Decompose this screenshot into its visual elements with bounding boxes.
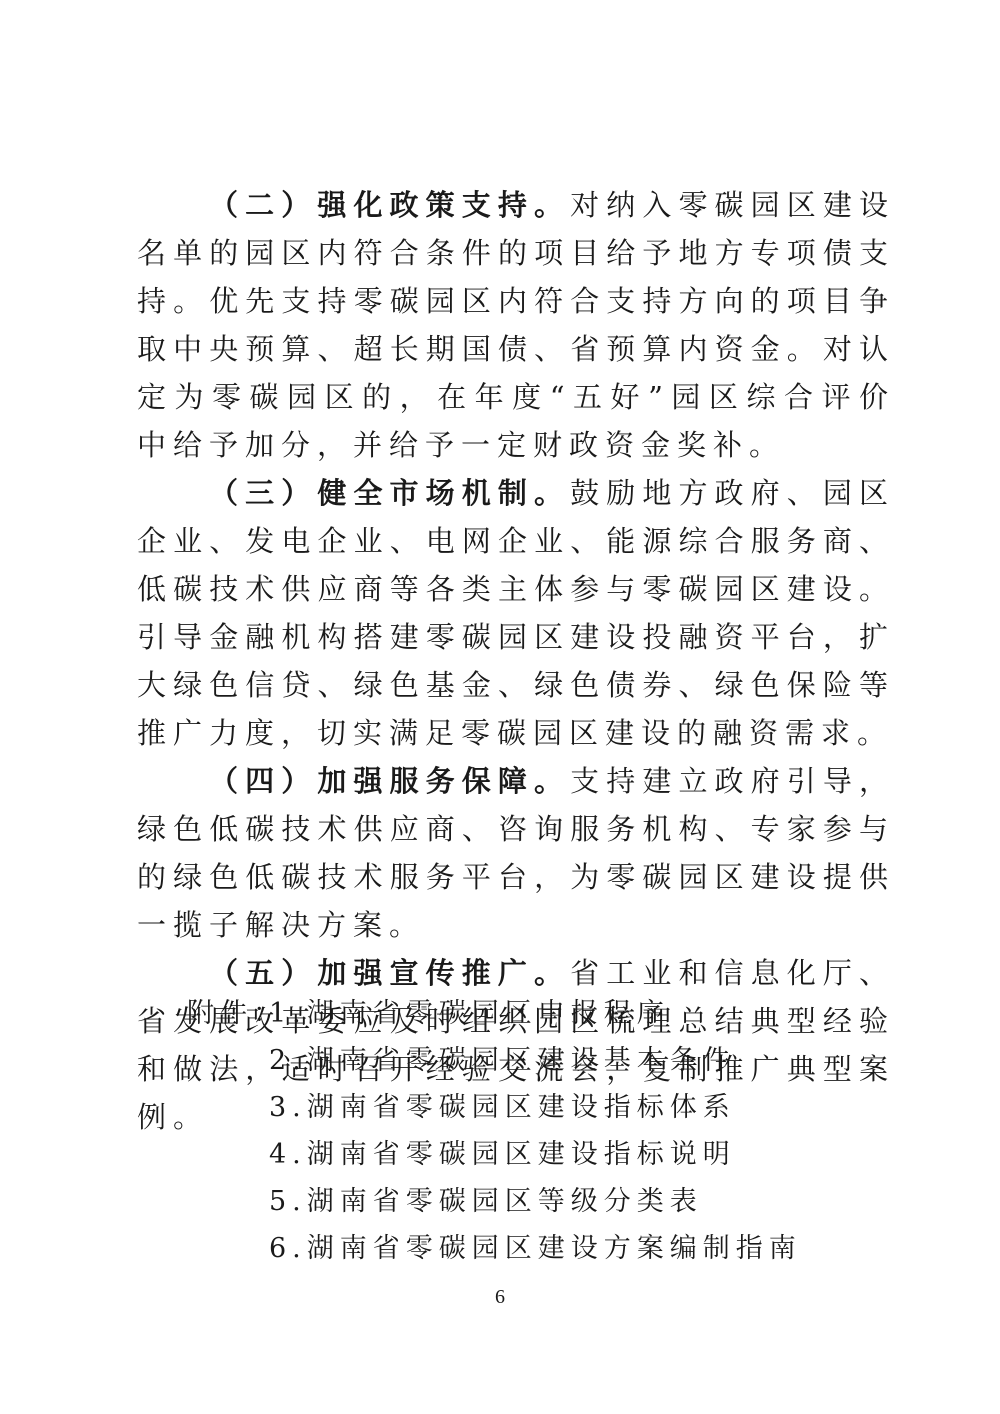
page-number: 6	[0, 1286, 1000, 1309]
document-page: （二）强化政策支持。对纳入零碳园区建设名单的园区内符合条件的项目给予地方专项债支…	[0, 0, 1000, 1414]
paragraph-heading: （四）加强服务保障。	[209, 764, 570, 798]
attachment-item: 6.湖南省零碳园区建设方案编制指南	[269, 1225, 802, 1272]
paragraph-service-guarantee: （四）加强服务保障。支持建立政府引导，绿色低碳技术供应商、咨询服务机构、专家参与…	[137, 757, 895, 949]
attachment-item: 2.湖南省零碳园区建设基本条件	[269, 1037, 736, 1084]
attachment-item: 5.湖南省零碳园区等级分类表	[269, 1178, 703, 1225]
paragraph-heading: （五）加强宣传推广。	[209, 956, 570, 990]
attachment-row: 5.湖南省零碳园区等级分类表	[187, 1178, 802, 1225]
attachment-row: 6.湖南省零碳园区建设方案编制指南	[187, 1225, 802, 1272]
paragraph-heading: （三）健全市场机制。	[209, 476, 570, 510]
paragraph-text: 对纳入零碳园区建设名单的园区内符合条件的项目给予地方专项债支持。优先支持零碳园区…	[137, 188, 895, 462]
paragraph-policy-support: （二）强化政策支持。对纳入零碳园区建设名单的园区内符合条件的项目给予地方专项债支…	[137, 181, 895, 469]
attachment-item: 4.湖南省零碳园区建设指标说明	[269, 1131, 736, 1178]
attachment-row: 2.湖南省零碳园区建设基本条件	[187, 1037, 802, 1084]
attachment-row: 4.湖南省零碳园区建设指标说明	[187, 1131, 802, 1178]
attachment-row: 3.湖南省零碳园区建设指标体系	[187, 1084, 802, 1131]
attachment-item: 1.湖南省零碳园区申报程序	[269, 990, 670, 1037]
paragraph-heading: （二）强化政策支持。	[209, 188, 570, 222]
attachments-label: 附件：	[187, 990, 269, 1037]
paragraph-text: 鼓励地方政府、园区企业、发电企业、电网企业、能源综合服务商、低碳技术供应商等各类…	[137, 476, 895, 750]
paragraph-market-mechanism: （三）健全市场机制。鼓励地方政府、园区企业、发电企业、电网企业、能源综合服务商、…	[137, 469, 895, 757]
attachments-list: 附件： 1.湖南省零碳园区申报程序 2.湖南省零碳园区建设基本条件 3.湖南省零…	[187, 990, 802, 1272]
attachment-row: 附件： 1.湖南省零碳园区申报程序	[187, 990, 802, 1037]
attachment-item: 3.湖南省零碳园区建设指标体系	[269, 1084, 736, 1131]
